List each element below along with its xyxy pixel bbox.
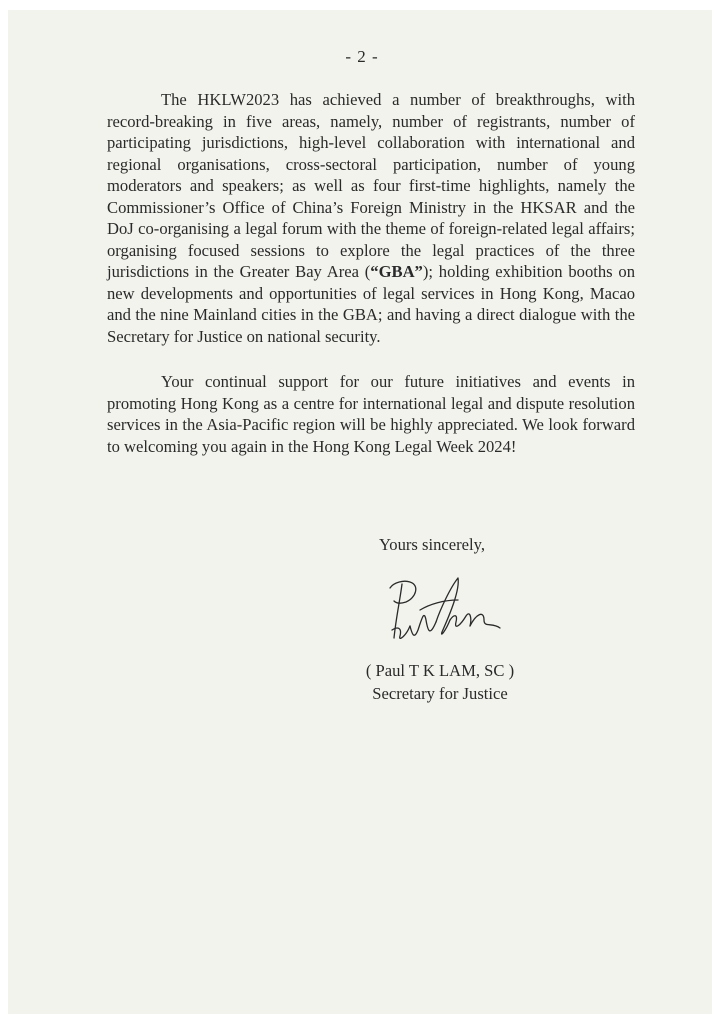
gba-abbreviation: “GBA” (370, 262, 423, 281)
paragraph-1-text-start: The HKLW2023 has achieved a number of br… (107, 90, 635, 281)
paragraph-breakthroughs: The HKLW2023 has achieved a number of br… (107, 89, 635, 347)
handwritten-signature-icon (380, 570, 530, 650)
paragraph-support: Your continual support for our future in… (107, 371, 635, 457)
page-number: - 2 - (0, 47, 724, 67)
closing-salutation: Yours sincerely, (357, 535, 507, 555)
signatory-title: Secretary for Justice (340, 684, 540, 704)
signatory-name: ( Paul T K LAM, SC ) (340, 661, 540, 681)
